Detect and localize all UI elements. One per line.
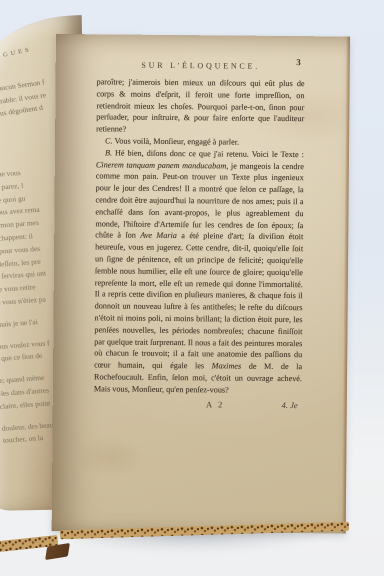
paragraph: B. Hé bien, diſons donc ce que j'ai rete… [94,147,304,397]
catchword-note: 4. [281,399,288,409]
page-fore-edge [342,37,350,534]
gathering-signature: A 2 [206,399,224,409]
catchword-text: Je [290,400,298,410]
catchword: 4. Je [281,399,297,409]
running-head-title: SUR L'ÉLOQUENCE. [141,61,260,71]
signature-row: A 2 4. Je [94,398,302,413]
page-header: SUR L'ÉLOQUENCE. 3 [97,54,305,70]
paragraph: paroître; j'aimerois bien mieux un diſco… [96,76,305,137]
left-page-running-head-fragment: LOGUES [0,46,32,62]
page-content: SUR L'ÉLOQUENCE. 3 paroître; j'aimerois … [94,54,305,412]
right-page: SUR L'ÉLOQUENCE. 3 paroître; j'aimerois … [52,34,350,534]
page-number: 3 [296,57,301,67]
page-body: paroître; j'aimerois bien mieux un diſco… [94,76,305,396]
photo-of-open-book: LOGUES quer aucun Sermon fadmirable: il … [0,0,384,576]
